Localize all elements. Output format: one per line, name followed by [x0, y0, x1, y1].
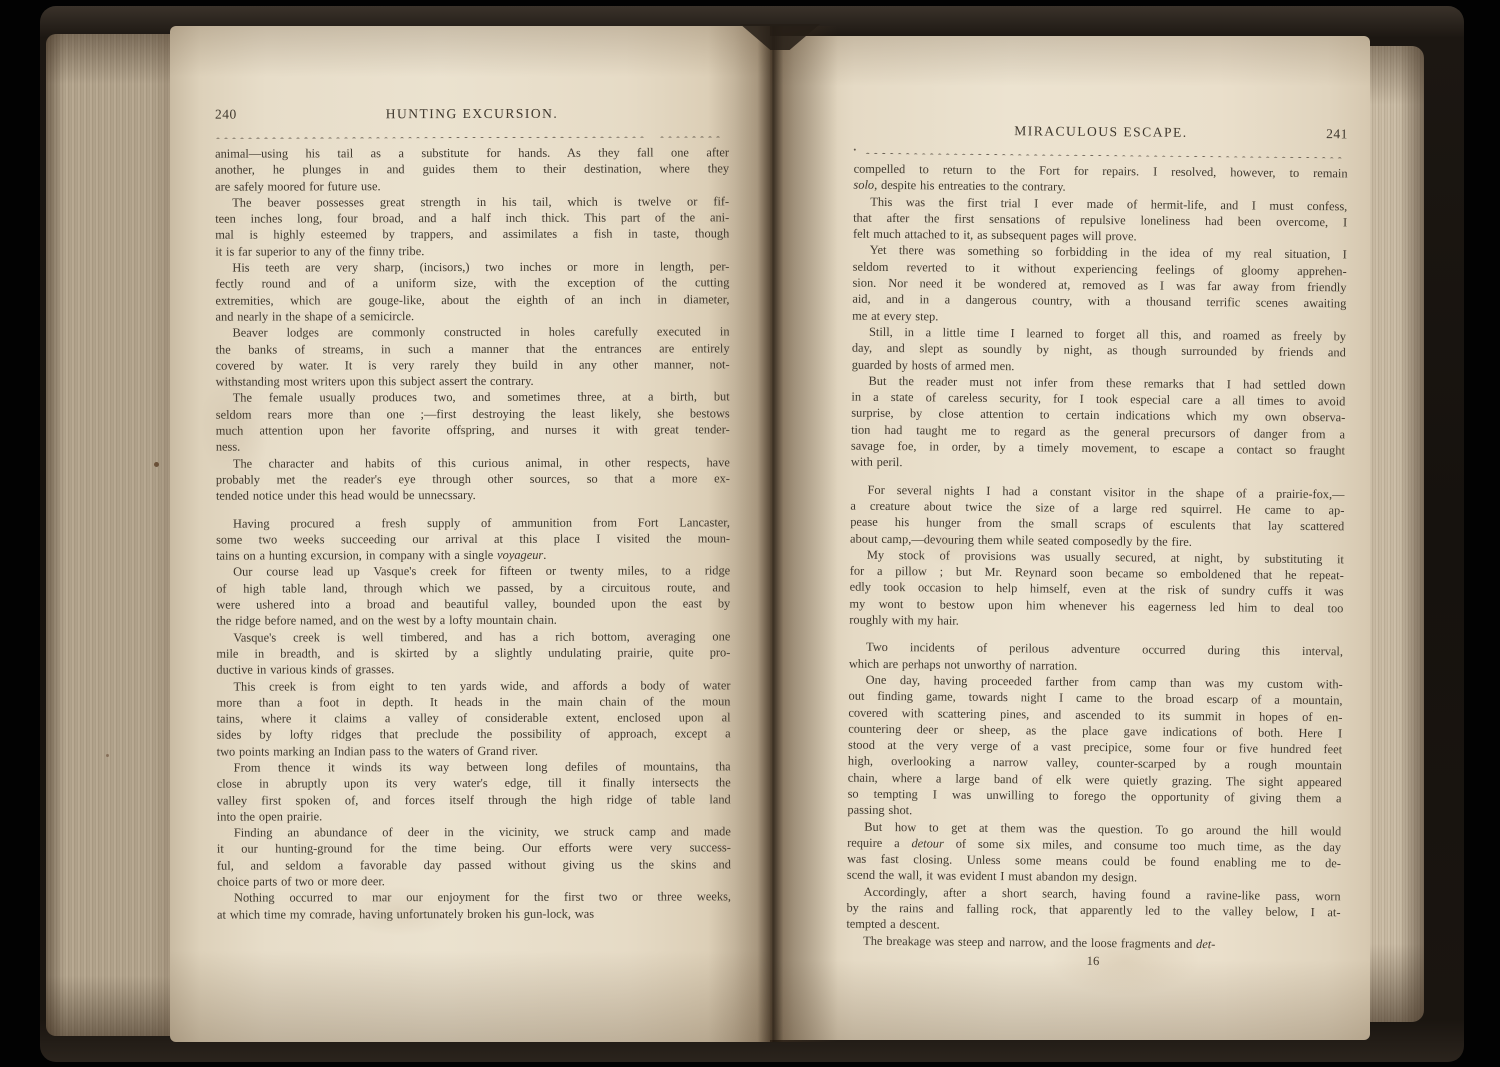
text-line: were ushered into a broad and beautiful … [216, 595, 730, 613]
text-line: The character and habits of this curious… [216, 454, 730, 472]
left-header-rule [215, 128, 729, 138]
text-line: it is far superior to any of the finny t… [215, 242, 729, 260]
left-page: 240 HUNTING EXCURSION. animal—using his … [170, 26, 770, 1042]
text-line: two points marking an Indian pass to the… [217, 742, 731, 760]
right-page-text: MIRACULOUS ESCAPE. 241 compelled to retu… [846, 122, 1348, 972]
right-page-number: 241 [1292, 126, 1348, 143]
signature-mark: 16 [846, 952, 1340, 972]
text-line: of high table land, through which we pas… [216, 579, 730, 597]
text-line: another, he plunges in and guides them t… [215, 161, 729, 179]
text-line: Vasque's creek is well timbered, and has… [216, 628, 730, 646]
wavy-rule [659, 129, 729, 137]
text-line: The beaver possesses great strength in h… [215, 193, 729, 211]
rule-dot [854, 148, 856, 150]
text-line: probably met the reader's eye through ot… [216, 470, 730, 488]
text-line: Our course lead up Vasque's creek for fi… [216, 563, 730, 581]
text-line: fectly round and of a uniform size, with… [215, 275, 729, 293]
right-page-body: compelled to return to the Fort for repa… [846, 161, 1348, 954]
open-book: 240 HUNTING EXCURSION. animal—using his … [40, 6, 1464, 1062]
text-line: covered by water. It is very rarely they… [216, 356, 730, 374]
right-running-head: MIRACULOUS ESCAPE. [910, 122, 1292, 142]
text-line: are safely moored for future use. [215, 177, 729, 195]
text-line: ductive in various kinds of grasses. [216, 661, 730, 679]
text-line: some two weeks succeeding our arrival at… [216, 530, 730, 548]
fore-edge-speck [106, 754, 109, 757]
text-line: From thence it winds its way between lon… [217, 758, 731, 776]
text-line: more than a foot in depth. It heads in t… [216, 693, 730, 711]
left-page-body: animal—using his tail as a substitute fo… [215, 144, 731, 922]
text-line: tains, where it claims a valley of consi… [217, 709, 731, 727]
text-line: The female usually produces two, and som… [216, 389, 730, 407]
text-line: extremities, which are gouge-like, about… [215, 291, 729, 309]
text-line: much attention upon her favorite offspri… [216, 421, 730, 439]
right-header-rule [854, 145, 1348, 159]
text-line: tains on a hunting excursion, in company… [216, 546, 730, 564]
wavy-rule [215, 129, 650, 138]
text-line: Finding an abundance of deer in the vici… [217, 823, 731, 841]
right-page-header-row: MIRACULOUS ESCAPE. 241 [854, 122, 1348, 147]
text-line: mile in breadth, and is skirted by a sli… [216, 644, 730, 662]
left-running-head: HUNTING EXCURSION. [271, 105, 673, 122]
text-line: Beaver lodges are commonly constructed i… [216, 324, 730, 342]
text-line: ful, and seldom a favorable day passed w… [217, 856, 731, 874]
text-line: at which time my comrade, having unfortu… [217, 905, 731, 923]
right-page: MIRACULOUS ESCAPE. 241 compelled to retu… [770, 36, 1370, 1040]
text-line: Having procured a fresh supply of ammuni… [216, 514, 730, 532]
text-line: and nearly in the shape of a semicircle. [215, 307, 729, 325]
text-line: Nothing occurred to mar our enjoyment fo… [217, 889, 731, 907]
text-line: seldom rears more than one ;—first destr… [216, 405, 730, 423]
text-line: mal is highly esteemed by trappers, and … [215, 226, 729, 244]
text-line: teen inches long, four broad, and a half… [215, 210, 729, 228]
text-line: sides by lofty ridges that preclude the … [217, 726, 731, 744]
left-page-text: 240 HUNTING EXCURSION. animal—using his … [215, 105, 731, 922]
fore-edge-speck [154, 462, 159, 467]
text-line: it our hunting-ground for the time being… [217, 840, 731, 858]
left-page-header-row: 240 HUNTING EXCURSION. [215, 105, 729, 126]
photo-background: { "colors": { "background": "#020202", "… [0, 0, 1500, 1067]
text-line: valley first spoken of, and forces itsel… [217, 791, 731, 809]
text-line: His teeth are very sharp, (incisors,) tw… [215, 258, 729, 276]
right-page-stack-fore-edge [1362, 46, 1424, 1022]
text-line: the ridge before named, and on the west … [216, 612, 730, 630]
text-line: tended notice under this head would be u… [216, 487, 730, 505]
text-line: into the open prairie. [217, 807, 731, 825]
text-line: choice parts of two or more deer. [217, 872, 731, 890]
wavy-rule [865, 145, 1348, 158]
header-spacer [854, 134, 910, 135]
text-line: This creek is from eight to ten yards wi… [216, 677, 730, 695]
text-line: close in abruptly upon its very water's … [217, 775, 731, 793]
text-line: withstanding most writers upon this subj… [216, 372, 730, 390]
text-line: The breakage was steep and narrow, and t… [846, 932, 1340, 953]
text-line: ness. [216, 438, 730, 456]
text-line: the banks of streams, in such a manner t… [216, 340, 730, 358]
left-page-stack-fore-edge [46, 34, 176, 1036]
left-page-number: 240 [215, 107, 271, 123]
text-line: animal—using his tail as a substitute fo… [215, 144, 729, 162]
